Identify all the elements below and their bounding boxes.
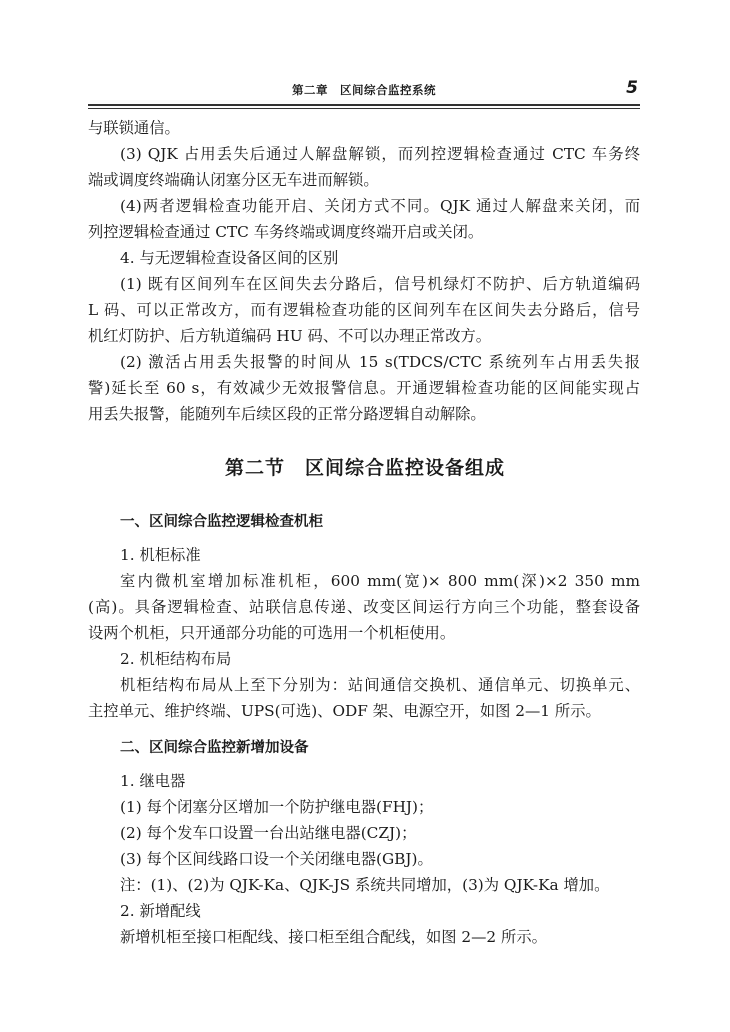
body-line: L 码、可以正常改方，而有逻辑检查功能的区间列车在区间失去分路后，信号	[88, 300, 640, 320]
document-page: 第二章 区间综合监控系统 5 与联锁通信。 (3) QJK 占用丢失后通过人解盘…	[0, 0, 730, 1032]
body-line: (2) 激活占用丢失报警的时间从 15 s(TDCS/CTC 系统列车占用丢失报	[120, 352, 640, 372]
body-line: 设两个机柜，只开通部分功能的可选用一个机柜使用。	[88, 623, 640, 643]
running-header: 第二章 区间综合监控系统 5	[88, 80, 640, 102]
note-line: 注：(1)、(2)为 QJK-Ka、QJK-JS 系统共同增加，(3)为 QJK…	[120, 875, 640, 895]
body-line: 机红灯防护、后方轨道编码 HU 码、不可以办理正常改方。	[88, 326, 640, 346]
body-line: 列控逻辑检查通过 CTC 车务终端或调度终端开启或关闭。	[88, 222, 640, 242]
body-line: 与联锁通信。	[88, 118, 640, 138]
subheading: 2. 新增配线	[120, 901, 640, 921]
body-line: 主控单元、维护终端、UPS(可选)、ODF 架、电源空开，如图 2—1 所示。	[88, 701, 640, 721]
body-line: 端或调度终端确认闭塞分区无车进而解锁。	[88, 170, 640, 190]
subheading: 2. 机柜结构布局	[120, 649, 640, 669]
body-line: 室内微机室增加标准机柜，600 mm(宽)× 800 mm(深)×2 350 m…	[120, 571, 640, 591]
list-item: (1) 每个闭塞分区增加一个防护继电器(FHJ)；	[120, 797, 640, 817]
list-item: (2) 每个发车口设置一台出站继电器(CZJ)；	[120, 823, 640, 843]
body-line: 机柜结构布局从上至下分别为：站间通信交换机、通信单元、切换单元、	[120, 675, 640, 695]
body-line: (3) QJK 占用丢失后通过人解盘解锁，而列控逻辑检查通过 CTC 车务终	[120, 144, 640, 164]
header-rule-thin	[88, 108, 640, 109]
body-line: (1) 既有区间列车在区间失去分路后，信号机绿灯不防护、后方轨道编码	[120, 274, 640, 294]
list-item: (3) 每个区间线路口设一个关闭继电器(GBJ)。	[120, 849, 640, 869]
part-heading: 一、区间综合监控逻辑检查机柜	[120, 510, 323, 531]
header-rule-thick	[88, 104, 640, 106]
body-line: 用丢失报警，能随列车后续区段的正常分路逻辑自动解除。	[88, 404, 640, 424]
body-line: (4)两者逻辑检查功能开启、关闭方式不同。QJK 通过人解盘来关闭，而	[120, 196, 640, 216]
section-title: 第二节 区间综合监控设备组成	[0, 453, 730, 480]
body-line: (高)。具备逻辑检查、站联信息传递、改变区间运行方向三个功能，整套设备	[88, 597, 640, 617]
body-line: 新增机柜至接口柜配线、接口柜至组合配线，如图 2—2 所示。	[120, 927, 640, 947]
subheading: 4. 与无逻辑检查设备区间的区别	[120, 248, 640, 268]
part-heading: 二、区间综合监控新增加设备	[120, 736, 309, 757]
subheading: 1. 继电器	[120, 771, 640, 791]
body-line: 警)延长至 60 s，有效减少无效报警信息。开通逻辑检查功能的区间能实现占	[88, 378, 640, 398]
subheading: 1. 机柜标准	[120, 545, 640, 565]
page-number: 5	[626, 78, 638, 98]
chapter-title: 第二章 区间综合监控系统	[88, 82, 640, 98]
